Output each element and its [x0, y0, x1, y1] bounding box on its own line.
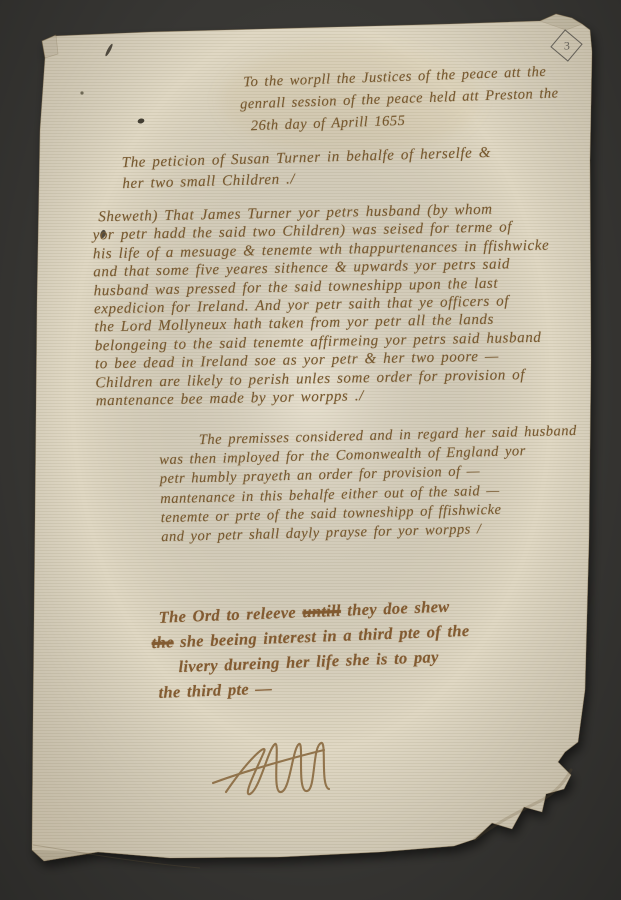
court-order-note: The Ord to releeve untill they doe shew …: [150, 593, 472, 705]
petition-heading: To the worpll the Justices of the peace …: [239, 60, 560, 137]
dog-ear-fold: [42, 35, 58, 58]
photo-backdrop: To the worpll the Justices of the peace …: [0, 0, 621, 900]
page-number: 3: [564, 38, 570, 53]
order-text: they doe shew: [341, 597, 450, 620]
paper-speck-1: [80, 91, 83, 94]
struck-word: untill: [302, 601, 341, 621]
petition-body: Sheweth) That James Turner yor petrs hus…: [92, 200, 552, 411]
struck-word: the: [151, 632, 174, 652]
petition-prayer: The premisses considered and in regard h…: [159, 422, 580, 547]
order-text: The Ord to releeve: [158, 602, 302, 627]
